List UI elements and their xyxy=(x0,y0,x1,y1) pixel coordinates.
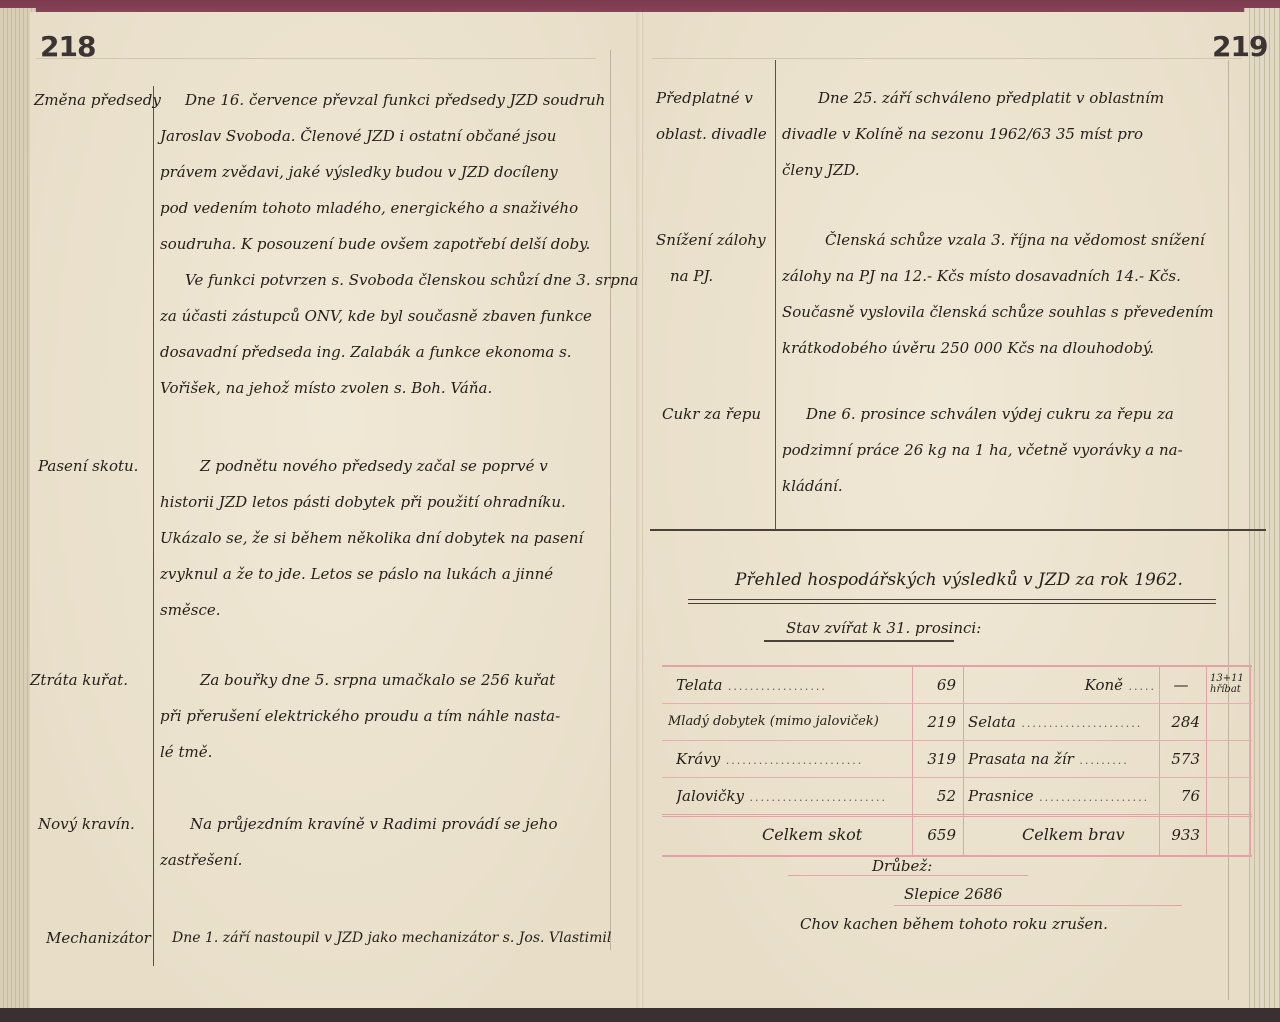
closing-line: Chov kachen během tohoto roku zrušen. xyxy=(800,906,1108,942)
entry-label-sugar-for-beet: Cukr za řepu xyxy=(662,396,761,432)
entry-line: zvyknul a že to jde. Letos se páslo na l… xyxy=(160,556,553,592)
cell-text: Telata xyxy=(676,676,722,694)
total-label: Celkem brav xyxy=(1022,817,1156,853)
row-label: Krávy ......................... xyxy=(676,741,912,777)
entry-label-change-of-chairman: Změna předsedy xyxy=(34,82,161,118)
entry-line: Dne 25. září schváleno předplatit v obla… xyxy=(818,80,1164,116)
entry-line: Na průjezdním kravíně v Radimi provádí s… xyxy=(190,806,558,842)
row-value: 52 xyxy=(916,778,956,814)
entry-line: právem zvědavi, jaké výsledky budou v JZ… xyxy=(160,154,558,190)
entry-line: Dne 16. července převzal funkci předsedy… xyxy=(185,82,605,118)
title-underline-1 xyxy=(688,599,1216,600)
book-cover-bottom xyxy=(0,1008,1280,1022)
table-total-row: Celkem skot 659 Celkem brav 933 xyxy=(662,817,1252,853)
leader-dots: ......... xyxy=(1074,754,1129,767)
row-value: 319 xyxy=(916,741,956,777)
entry-line: Dne 1. září nastoupil v JZD jako mechani… xyxy=(172,920,611,956)
entry-line: dosavadní předseda ing. Zalabák a funkce… xyxy=(160,334,572,370)
entry-line: pod vedením tohoto mladého, energického … xyxy=(160,190,578,226)
right-margin-line-left xyxy=(610,50,611,950)
leader-dots: ..... xyxy=(1123,680,1156,693)
entry-line: lé tmě. xyxy=(160,734,212,770)
entry-line: členy JZD. xyxy=(782,152,860,188)
summary-title: Přehled hospodářských výsledků v JZD za … xyxy=(735,562,1183,598)
cell-text: Koně xyxy=(1085,676,1123,694)
margin-divider-right xyxy=(775,60,776,530)
right-page xyxy=(642,12,1249,1008)
table-row: Mladý dobytek (mimo jaloviček) 219 Selat… xyxy=(662,704,1252,741)
table-row: Krávy ......................... 319 Pras… xyxy=(662,741,1252,778)
table-row: Jalovičky ......................... 52 P… xyxy=(662,778,1252,817)
leader-dots: ......................... xyxy=(720,754,863,767)
label-line: Předplatné v xyxy=(656,80,767,116)
table-row: Telata .................. 69 Koně ..... … xyxy=(662,667,1252,704)
entry-line: Členská schůze vzala 3. října na vědomos… xyxy=(825,222,1205,258)
entry-label-loss-of-chickens: Ztráta kuřat. xyxy=(30,662,128,698)
row-value: 573 xyxy=(1162,741,1200,777)
cell-text: Krávy xyxy=(676,750,720,768)
entry-line: zastřešení. xyxy=(160,842,242,878)
entry-line: soudruha. K posouzení bude ovšem zapotře… xyxy=(160,226,590,262)
entry-label-mechanic: Mechanizátor xyxy=(46,920,151,956)
entry-line: podzimní práce 26 kg na 1 ha, včetně vyo… xyxy=(782,432,1183,468)
row-value: — xyxy=(1162,667,1200,703)
row-label: Prasnice .................... xyxy=(968,778,1156,814)
row-value: 76 xyxy=(1162,778,1200,814)
row-label: Mladý dobytek (mimo jaloviček) xyxy=(668,704,912,740)
cell-text: Prasnice xyxy=(968,787,1034,805)
entry-line: kládání. xyxy=(782,468,843,504)
leader-dots: ......................... xyxy=(744,791,887,804)
leader-dots: .................. xyxy=(722,680,826,693)
cell-text: Prasata na žír xyxy=(968,750,1074,768)
entry-line: Současně vyslovila členská schůze souhla… xyxy=(782,294,1214,330)
row-value: 284 xyxy=(1162,704,1200,740)
entry-line: Jaroslav Svoboda. Členové JZD i ostatní … xyxy=(160,118,556,154)
total-value: 933 xyxy=(1162,817,1200,853)
entry-line: krátkodobého úvěru 250 000 Kčs na dlouho… xyxy=(782,330,1154,366)
entry-line: historii JZD letos pásti dobytek při pou… xyxy=(160,484,566,520)
entry-line: Ve funkci potvrzen s. Svoboda členskou s… xyxy=(185,262,638,298)
row-label: Koně ..... xyxy=(968,667,1156,703)
livestock-table: Telata .................. 69 Koně ..... … xyxy=(662,665,1252,857)
leader-dots: .................... xyxy=(1034,791,1149,804)
entry-line: při přerušení elektrického proudu a tím … xyxy=(160,698,560,734)
entry-label-cattle-grazing: Pasení skotu. xyxy=(38,448,138,484)
entry-line: za účasti zástupců ONV, kde byl současně… xyxy=(160,298,592,334)
entry-label-theatre-subscription: Předplatné v oblast. divadle xyxy=(656,80,767,152)
entry-line: Vořišek, na jehož místo zvolen s. Boh. V… xyxy=(160,370,492,406)
entry-line: Ukázalo se, že si během několika dní dob… xyxy=(160,520,583,556)
row-label: Selata ...................... xyxy=(968,704,1156,740)
header-rule-left xyxy=(36,58,596,59)
entry-line: Dne 6. prosince schválen výdej cukru za … xyxy=(806,396,1174,432)
title-underline-2 xyxy=(688,603,1216,604)
entry-label-advance-reduction: Snížení zálohy na PJ. xyxy=(656,222,766,294)
entry-line: Z podnětu nového předsedy začal se poprv… xyxy=(200,448,548,484)
entry-line: zálohy na PJ na 12.- Kčs místo dosavadní… xyxy=(782,258,1181,294)
header-rule-right xyxy=(652,58,1242,59)
row-label: Prasata na žír ......... xyxy=(968,741,1156,777)
entry-line: divadle v Kolíně na sezonu 1962/63 35 mí… xyxy=(782,116,1143,152)
label-line: oblast. divadle xyxy=(656,116,767,152)
cell-text: Jalovičky xyxy=(676,787,744,805)
row-value: 69 xyxy=(916,667,956,703)
row-label: Telata .................. xyxy=(676,667,912,703)
entry-line: Za bouřky dne 5. srpna umačkalo se 256 k… xyxy=(200,662,555,698)
label-line: Snížení zálohy xyxy=(656,222,766,258)
margin-divider-left xyxy=(153,86,154,966)
label-line: na PJ. xyxy=(656,258,766,294)
leader-dots: ...................... xyxy=(1016,717,1142,730)
subtitle-underline xyxy=(764,640,954,642)
row-label: Jalovičky ......................... xyxy=(676,778,912,814)
cell-text: Selata xyxy=(968,713,1016,731)
entry-line: směsce. xyxy=(160,592,221,628)
page-stack-right xyxy=(1244,8,1280,1010)
section-divider xyxy=(650,529,1266,531)
entry-label-new-cowshed: Nový kravín. xyxy=(38,806,135,842)
row-value: 219 xyxy=(916,704,956,740)
